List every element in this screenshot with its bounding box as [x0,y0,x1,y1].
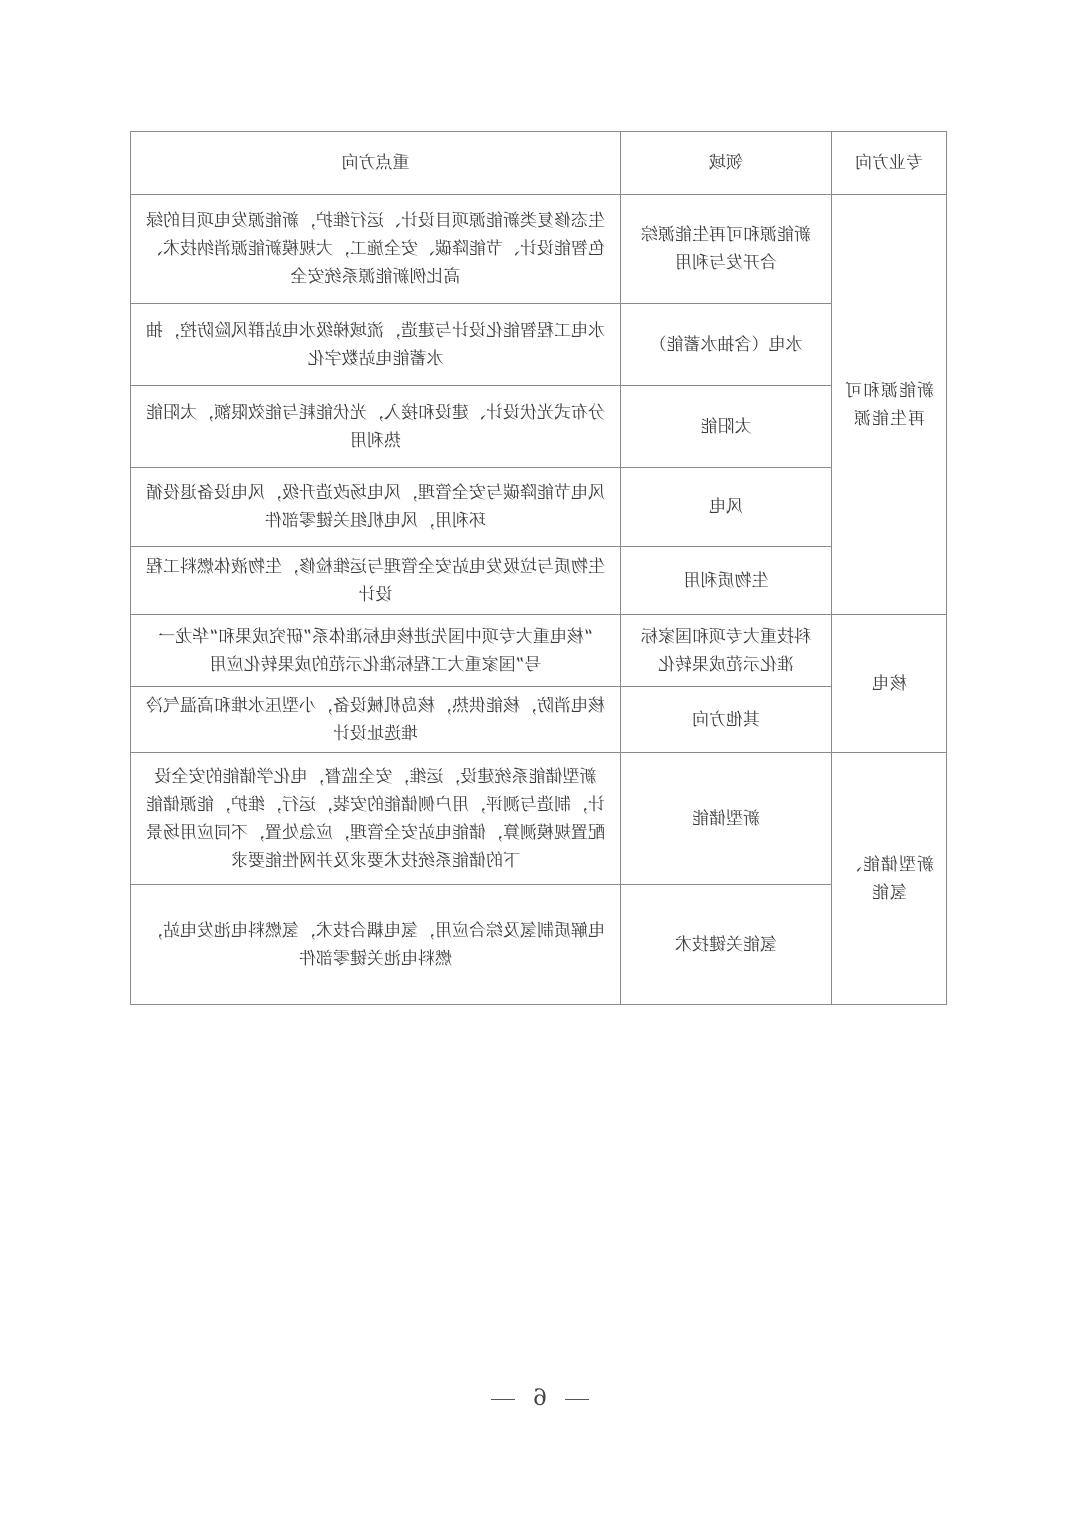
header-field: 领域 [621,132,832,195]
focus-directions-table: 专业方向 领域 重点方向 新能源和可再生能源 新能源和可再生能源综合开发与利用 … [130,131,947,1005]
table-row: 生物质利用 生物质与垃圾发电站安全管理与运维检修，生物液体燃料工程设计 [131,547,947,615]
table-row: 新能源和可再生能源 新能源和可再生能源综合开发与利用 生态修复类新能源项目设计、… [131,195,947,304]
focus-cell: 新型储能系统建设，运维，安全监督，电化学储能的安全设计，制造与测评，用户侧储能的… [131,753,621,885]
dash-right [491,1399,515,1400]
focus-cell: 风电节能降碳与安全管理，风电场改造升级，风电设备退役循环利用，风电机组关键零部件 [131,468,621,547]
field-cell: 氢能关键技术 [621,885,832,1005]
table-row: 氢能关键技术 电解质制氢及综合应用，氢电耦合技术，氢燃料电池发电站，燃料电池关键… [131,885,947,1005]
table-row: 新型储能、氢能 新型储能 新型储能系统建设，运维，安全监督，电化学储能的安全设计… [131,753,947,885]
focus-cell: 生态修复类新能源项目设计、运行维护，新能源发电项目的绿色智能设计、节能降碳、安全… [131,195,621,304]
header-focus: 重点方向 [131,132,621,195]
table-row: 风电 风电节能降碳与安全管理，风电场改造升级，风电设备退役循环利用，风电机组关键… [131,468,947,547]
page-number: 6 [0,1386,1080,1411]
field-cell: 新能源和可再生能源综合开发与利用 [621,195,832,304]
focus-cell: 核电消防，核能供热，核岛机械设备，小型压水堆和高温气冷堆选址设计 [131,687,621,753]
focus-cell: 分布式光伏设计、建设和接入，光伏能耗与能效限额，太阳能热利用 [131,386,621,468]
table-header-row: 专业方向 领域 重点方向 [131,132,947,195]
header-direction: 专业方向 [832,132,947,195]
field-cell: 其他方向 [621,687,832,753]
focus-cell: 电解质制氢及综合应用，氢电耦合技术，氢燃料电池发电站，燃料电池关键零部件 [131,885,621,1005]
focus-cell: 水电工程智能化设计与建造，流域梯级水电站群风险防控，抽水蓄能电站数字化 [131,304,621,386]
table-row: 水电（含抽水蓄能） 水电工程智能化设计与建造，流域梯级水电站群风险防控，抽水蓄能… [131,304,947,386]
table-row: 其他方向 核电消防，核能供热，核岛机械设备，小型压水堆和高温气冷堆选址设计 [131,687,947,753]
table-row: 太阳能 分布式光伏设计、建设和接入，光伏能耗与能效限额，太阳能热利用 [131,386,947,468]
field-cell: 风电 [621,468,832,547]
field-cell: 水电（含抽水蓄能） [621,304,832,386]
field-cell: 生物质利用 [621,547,832,615]
field-cell: 科技重大专项和国家标准化示范成果转化 [621,615,832,687]
document-page: 专业方向 领域 重点方向 新能源和可再生能源 新能源和可再生能源综合开发与利用 … [0,0,1080,1527]
field-cell: 太阳能 [621,386,832,468]
direction-cell-nuclear: 核电 [832,615,947,753]
page-number-value: 6 [533,1386,547,1411]
direction-cell-renewable: 新能源和可再生能源 [832,195,947,615]
field-cell: 新型储能 [621,753,832,885]
focus-cell: “核电重大专项中国先进核电标准体系”研究成果和“华龙一号”国家重大工程标准化示范… [131,615,621,687]
focus-cell: 生物质与垃圾发电站安全管理与运维检修，生物液体燃料工程设计 [131,547,621,615]
table-row: 核电 科技重大专项和国家标准化示范成果转化 “核电重大专项中国先进核电标准体系”… [131,615,947,687]
dash-left [565,1399,589,1400]
direction-cell-storage-hydrogen: 新型储能、氢能 [832,753,947,1005]
